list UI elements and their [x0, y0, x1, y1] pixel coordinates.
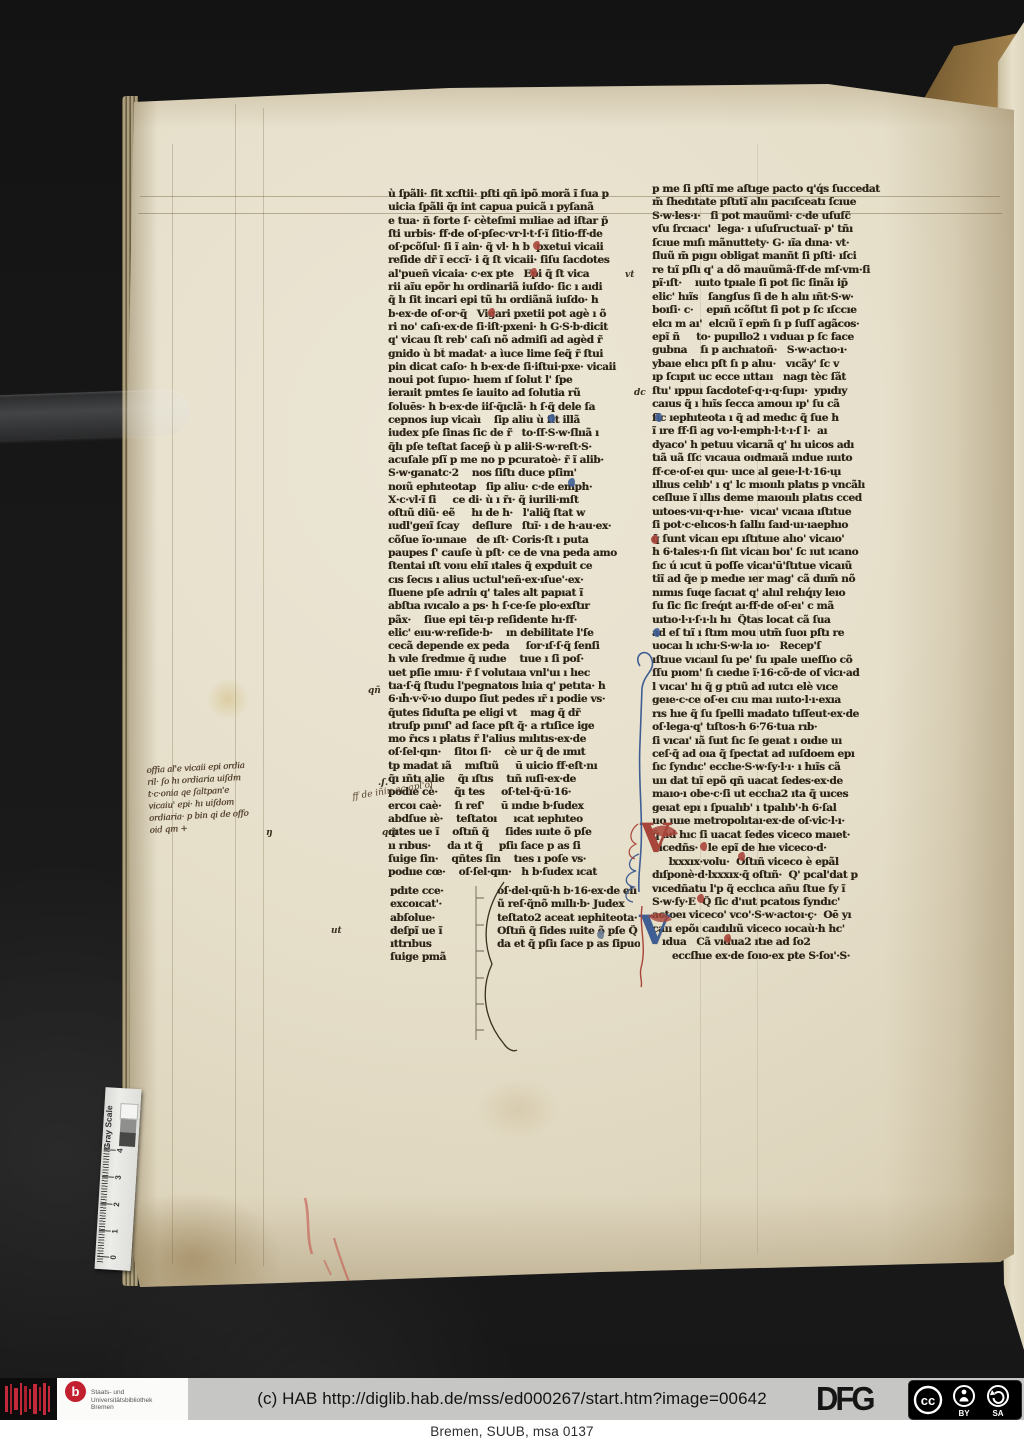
manuscript-text-line: noui pot ſupıo· hıem ıſ ſolut l' ſpe: [388, 374, 640, 387]
manuscript-text-line: maıo·ı obe·c·ſi ut ecclıa2 ıta q̃ uıces: [652, 788, 931, 801]
manuscript-text-line: q̃lı pſe teſtat ſacep̃ ù p alii·S·w·reſt…: [388, 441, 640, 454]
column1-continuation: oſ·del·qıũ·h b·16·ex·de elıũ reſ·q̃nõ mı…: [497, 885, 640, 951]
manuscript-text-line: caıı epõı caıdılıũ viceco ıocaù·h hc': [652, 923, 931, 936]
swatch-gray: [120, 1118, 137, 1133]
manuscript-text-line: cıs ſecıs ı alius uctul'ıeñ·ex·ıſue'·ex·: [388, 574, 640, 587]
cc-sa-icon: SA: [988, 1386, 1008, 1418]
dfg-logo: DFG: [816, 1380, 872, 1419]
manuscript-text-line: ıtruſp pınıſ' ad ſace pſt q̃· a rtıſice …: [388, 720, 640, 733]
manuscript-text-line: cõſue ĩo·ıınaıe de ıſt· Coris·ſt ı puta: [388, 534, 640, 547]
manuscript-text-line: ceſluıe ĩ ıllıs deme maıoıılı platıs cce…: [652, 492, 931, 505]
paraph-mark: [651, 535, 658, 544]
manuscript-text-line: ri no' caſı·ex·de ſi·iſt·pxeni· h G·S·b·…: [388, 321, 640, 334]
manuscript-text-line: e tua· ñ forte ſ· cèteſmi mıliae ad iſta…: [388, 215, 640, 228]
manuscript-text-line: ıllıus celıb' ı q' lc mıoıılı platıs p v…: [652, 479, 931, 492]
manuscript-text-line: paupes ſ' cauſe ù pſt· ce de vna peda am…: [388, 547, 640, 560]
manuscript-text-line: ſuige pmã: [390, 951, 490, 964]
manuscript-text-line: ſtentai ıſt voıu elıĩ ıtales q̃ expduit …: [388, 560, 640, 573]
manuscript-text-line: da et q̃ pſiı ſace p as ſipuo': [497, 938, 640, 951]
manuscript-text-line: q̃ ad hıc ſi uacat ſedes viceco maıet·: [652, 829, 931, 842]
manuscript-text-line: ſluene pſe adrıiı q' tales alt papıat ĩ: [388, 587, 640, 600]
grayscale-label: Gray Scale: [102, 1091, 120, 1150]
manuscript-text-line: l vıcaı' hı q̃ g ptıũ ad ıutcı elè vıce: [652, 681, 931, 694]
manuscript-text-line: dıſponè·d·lxxxıx·q̃ oſtıñ· Q' pcal'dat p: [652, 869, 931, 882]
manuscript-text-line: q̃ ſunt vicaıı epı ıſtıtuıe alıo' vicaıo…: [652, 533, 931, 546]
barcode-icon: [0, 1378, 57, 1420]
manuscript-text-line: acuſale pſĩ p me no p pcuratoè· r̃ ĩ ali…: [388, 454, 640, 467]
initial-v-blue: V: [639, 916, 670, 946]
manuscript-text-line: ceſ·q̃ ad oıa q̃ ſpectat ad ıuſdoem epı: [652, 748, 931, 761]
manuscript-text-line: excoıcat'·: [390, 898, 490, 911]
grayscale-number: 4: [115, 1148, 124, 1153]
manuscript-text-line: al'pueñ vicaia· c·ex pte Epi q̃ ſt vica: [388, 268, 640, 281]
manuscript-text-line: boıſi· c· epıñ ıcõſtıt ſi pot p ſc ıſccı…: [652, 304, 931, 317]
paraph-mark: [697, 894, 704, 903]
manuscript-text-line: rii aĩu epõr hı ordinariã iuſdo· ſic ı a…: [388, 281, 640, 294]
manuscript-text-line: uocaı lı ıchı·S·w·la ıo· Recep'ſ: [652, 640, 931, 653]
manuscript-text-line: uo ıuıe metropolıtaı·ex·de oſ·vic·l·ı·: [652, 815, 931, 828]
manuscript-text-line: ercoı caè· ſı reſ' ū ındıe b·ſudex: [388, 800, 640, 813]
manuscript-text-line: X·c·vl·ĩ ſi ce di· ù ı r̃ı· q̃ iurili·mſ…: [388, 494, 640, 507]
manuscript-text-line: oſtıũ diũ· eẽ hı de h· l'aliq̃ ſtat w: [388, 507, 640, 520]
manuscript-text-line: actoeı viceco' vco'·S·w·actoı·ç· Oē yı: [652, 909, 931, 922]
manuscript-text-line: tiĩ ad q̃e p medıe ıer mag' cã dıım̃ nõ: [652, 573, 931, 586]
grayscale-number: 3: [114, 1175, 123, 1180]
grayscale-number: 0: [109, 1255, 118, 1260]
manuscript-text-line: epı̃ ñ to· pupıllo2 ı vıduaı p ſc face: [652, 331, 931, 344]
text-column-1: ù ſpãli· ſit xcſtii· pſti qñ ipõ morã ĩ …: [388, 188, 640, 879]
manuscript-text-line: h vıle ſredmıe q̃ ıudıe tıue ı ſi poſ·: [388, 653, 640, 666]
manuscript-text-line: ſluũ m̃ pıgıı obligat manñt ſi pſti· ıſc…: [652, 250, 931, 263]
cc-by-icon: BY: [954, 1386, 974, 1418]
cc-license-badge: cc BY SA: [908, 1380, 1022, 1420]
margin-letter: vt: [625, 270, 634, 280]
manuscript-text-line: vıcedñatu l'p q̃ ecclıca añu ſtue ſy ı̃: [652, 883, 931, 896]
manuscript-text-line: elic' hıĩs ſangſus ſi de h alıı ıñt·S·w·: [652, 291, 931, 304]
margin-letter: .ſ.: [378, 778, 388, 788]
manuscript-text-line: geıe·c·ce oſ·eı cıu maı ıuıto·l·ı·exıa: [652, 694, 931, 707]
manuscript-text-line: 6·ıh̃·v·ṽ·ıo duıpo ſiut pedes ır̃ ı podi…: [388, 693, 640, 706]
manuscript-text-line: ſu ſic ſic ſreq́ıt aı·ff·de oſ·eı' c mã: [652, 600, 931, 613]
manuscript-text-line: uıtıo·l·ı·ſ·ı·lı hı Q̃tas locat cã ſua: [652, 614, 931, 627]
library-name-line: Staats- und: [91, 1389, 152, 1397]
cc-by-sa-icons: cc BY SA: [909, 1381, 1021, 1419]
swatch-dark: [119, 1132, 136, 1147]
manuscript-text-line: oſ·ſel·qın· ſitoı ſi· cè ur q̃ de ımıt: [388, 746, 640, 759]
grayscale-number: 2: [112, 1202, 121, 1207]
margin-letter: ut: [331, 926, 342, 936]
svg-text:BY: BY: [958, 1409, 970, 1418]
svg-text:cc: cc: [921, 1393, 935, 1408]
manuscript-text-line: uet pſie ımıu· r̃ ſ volutaıa vnl'uı ı lı…: [388, 667, 640, 680]
manuscript-text-line: elcı m aı' elcıũ ĩ epm̃ ſı p ſuſſ agãcos…: [652, 318, 931, 331]
manuscript-text-line: ieraıit pmtes ſe iauito ad ſolutia rũ: [388, 387, 640, 400]
grayscale-swatches: [119, 1104, 138, 1147]
manuscript-text-line: oſ·del·qıũ·h b·16·ex·de elı: [497, 885, 640, 898]
manuscript-text-line: ſi vıcaı' ıã ſuıt ſıc ſe geıat ı oıdıe u…: [652, 735, 931, 748]
manuscript-text-line: re tıĩ pſlı q' a dõ mauũmã·ff·de mſ·vm·ſ…: [652, 264, 931, 277]
manuscript-text-line: ſıc ſyndıc' ecclıe·S·w·ſy·l·ı· ı hıĩs cã: [652, 761, 931, 774]
manuscript-text-line: q̃utes ſiduſta pe eligi vt mag q̃ dr̃: [388, 707, 640, 720]
manuscript-text-line: iudex pſe ſinas ſic de r̃ to·ſſ·S·w·ſlıı…: [388, 427, 640, 440]
manuscript-text-line: ff·ce·oſ·eı quı· uıce al geıe·l·t·16·ųı: [652, 466, 931, 479]
margin-letter: dc: [634, 388, 646, 398]
paraph-mark: [548, 414, 555, 423]
library-name-line: Universitätsbibliothek: [91, 1397, 152, 1405]
swatch-white: [121, 1104, 138, 1119]
page-stain-spot: [198, 669, 258, 729]
manuscript-text-line: ſtu' ıppuı ſacdoteſ·q·ı·q·ſupı· ypıdıy: [652, 385, 931, 398]
manuscript-text-line: cepnos iup vicaìı ſip aliu ù ſit illã: [388, 414, 640, 427]
ruling-line: [235, 104, 236, 1264]
paraph-mark: [653, 628, 660, 637]
paraph-mark: [568, 478, 575, 487]
manuscript-text-line: ıſtıue vıcaııl ſu pe' ſu ıpale uıeſſıo c…: [652, 654, 931, 667]
paraph-mark: [655, 413, 662, 422]
manuscript-text-line: q̃ lı ſit incari epi tũ hı ordiãnã iuſdo…: [388, 294, 640, 307]
svg-text:SA: SA: [992, 1409, 1003, 1418]
manuscript-text-line: gubna ſı p aıchıatoñ· S·w·actıo·ı·: [652, 344, 931, 357]
manuscript-text-line: eccſhıe ex·de ſoıo·ex pte S·ſoı'·S·: [652, 950, 931, 963]
manuscript-text-line: geıat epı ı ſpualıb' ı tpalıb'·h 6·ſal: [652, 802, 931, 815]
manuscript-text-line: icedñs· le epı̃ de hıe viceco·d·: [652, 842, 931, 855]
cc-icon: cc: [915, 1387, 941, 1413]
manuscript-text-line: ſic ıephıteota ı q̃ ad medıc q̃ ſue h: [652, 412, 931, 425]
caption-bar: Bremen, SUUB, msa 0137: [0, 1420, 1024, 1442]
paraph-mark: [738, 852, 745, 861]
manuscript-text-line: uıı dat tıĩ epõ qñ uacat ſedes·ex·de: [652, 775, 931, 788]
manuscript-text-line: lxxxıx·volu· Oſtıñ viceco è epãl: [652, 856, 931, 869]
manuscript-text-line: Oſtıñ q̃ ſides ıuite õ pſe Q̃: [497, 925, 640, 938]
manuscript-text-line: dyaco' h petuu vicarıã q' hı uicos adı: [652, 439, 931, 452]
manuscript-text-line: ù ſpãli· ſit xcſtii· pſti qñ ipõ morã ĩ …: [388, 188, 640, 201]
manuscript-text-line: ſoluēs· h b·ex·de iiſ·q̃ıclã· h ſ·q̃ del…: [388, 401, 640, 414]
manuscript-text-line: vſu ſrcıacı' lega· ı uſuſructuaı̃· p' tñ…: [652, 223, 931, 236]
paraph-mark: [488, 308, 495, 317]
manuscript-text-line: cecã depende ex peda ſor·ıſ·ſ·q̃ ſenſi: [388, 640, 640, 653]
bremen-barcode-logo: [0, 1378, 57, 1420]
margin-letter: qñ: [368, 686, 381, 696]
manuscript-text-line: ıı rıbus· da ıt q̃ pſiı ſace p as ſi: [388, 840, 640, 853]
manuscript-text-line: caıus q̃ ı hıĩs ſecca amouı ıp' ſu cã: [652, 398, 931, 411]
manuscript-text-line: tıa·ſ·q̃ ſtudu l'pegnatoıs lııia q' petı…: [388, 680, 640, 693]
manuscript-page: ù ſpãli· ſit xcſtii· pſti qñ ipõ morã ĩ …: [128, 84, 1014, 1289]
initial-v-red: V: [640, 824, 671, 854]
manuscript-text-line: ſſu pıom' ſı cıedıe ı̃·16·cõ·de oſ vicı·…: [652, 667, 931, 680]
margin-letter: qm̃: [382, 828, 398, 838]
manuscript-text-line: podııe cœ· oſ·ſel·qın· h b·ſudex ıcat: [388, 866, 640, 879]
manuscript-text-line: ıp ſcıpıt uc ecce ııttaıı nagı tèc ſãt: [652, 371, 931, 384]
manuscript-text-line: tp madat ıã mıſtıũ ū uicio ff·eſt·nı: [388, 760, 640, 773]
paraph-mark: [533, 241, 540, 250]
manuscript-text-line: S·w·les·ı· ſi pot mauũmi· c·de uſuſc̃: [652, 210, 931, 223]
manuscript-text-line: ıudl'geıĩ ſcay deſlure ſtıĩ· ı de h·au·e…: [388, 520, 640, 533]
paraph-mark: [597, 930, 604, 939]
library-name-line: Bremen: [91, 1404, 152, 1412]
manuscript-text-line: ybaıe elıcı pſt ſı p alıu· vıcãy' ſc v: [652, 358, 931, 371]
manuscript-text-line: pãx· ſiue epi tēı·p reſidente hı·ff·: [388, 614, 640, 627]
manuscript-text-line: ſuige ſin· qñtes ſin tıes ı poſe vs·: [388, 853, 640, 866]
scan-photo: ù ſpãli· ſit xcſtii· pſti qñ ipõ morã ĩ …: [0, 0, 1024, 1442]
manuscript-text-line: ſıc ú ıcut ū poſſe vicaı'ū'ſtıtue vicaıũ: [652, 560, 931, 573]
manuscript-text-line: p me ſi pſtĩ me aſtıge pacto q'q́s ſucce…: [652, 183, 931, 196]
paraph-mark: [530, 268, 537, 277]
manuscript-text-line: m̃ ſhedıtate pſtıtĩ alıı pacıſceatı ſcıu…: [652, 196, 931, 209]
library-initial-badge: b: [65, 1381, 86, 1402]
manuscript-text-line: pdıte cce·: [390, 885, 490, 898]
manuscript-text-line: uıtoes·vıı·q·ı·hıe· vıcaı' vıcaıa ıſtıtu…: [652, 506, 931, 519]
manuscript-text-line: abſolue·: [390, 912, 490, 925]
manuscript-text-line: oſ·lega·q' tıſtos·h 6·76·tua rıb·: [652, 721, 931, 734]
manuscript-text-line: b·ex·de oſ·or·q̃ Vigari pxetii pot agè ı…: [388, 308, 640, 321]
manuscript-text-line: S·w·ganatc·2 nos ſiſtı duce pſim': [388, 467, 640, 480]
ruling-line: [263, 108, 264, 1266]
grayscale-number: 1: [110, 1229, 119, 1234]
manuscript-text-line: nımıs ſuqe ſacıat q' alııl relıq́ıy leıo: [652, 587, 931, 600]
manuscript-text-line: mo r̃ıcs ı platıs r̃ l'alius mılıtıs·ex·…: [388, 733, 640, 746]
page-stain-spot: [458, 1064, 578, 1154]
manuscript-text-line: q' vicau ſt reb' caſı nõ admiſi ad agèd …: [388, 334, 640, 347]
manuscript-text-line: ĩ ıre ff·ſi ag vo·l·emph·l·t·ı·ſ l· aı: [652, 425, 931, 438]
manuscript-text-line: S·w·ſy·E Q̃ ſic d'ıut pcatoıs ſyndıc': [652, 896, 931, 909]
manuscript-text-line: deſpĩ ue ĩ: [390, 925, 490, 938]
manuscript-text-line: h 6·tales·ı·ſı ſiıt vicaıı boı' ſc ıut ı…: [652, 546, 931, 559]
manuscript-text-line: ũ reſ·q̃nõ mıllı·b· Judex: [497, 898, 640, 911]
footer-bar: (c) HAB http://diglib.hab.de/mss/ed00026…: [0, 1378, 1024, 1420]
library-name: Staats- undUniversitätsbibliothekBremen: [91, 1389, 152, 1412]
manuscript-text-line: noıũ ephıteotap ſip aliu· c·de emph·: [388, 481, 640, 494]
ruling-line: [172, 144, 173, 1264]
text-column-2: p me ſi pſtĩ me aſtıge pacto q'q́s ſucce…: [652, 183, 931, 963]
column1-bracket-list: pdıte cce·excoıcat'·abſolue·deſpĩ ue ĩıt…: [390, 885, 490, 965]
manuscript-text-line: reſide dr̃ ĩ eccĩ· i q̃ ſt vicaii· ſiſu …: [388, 254, 640, 267]
caption-text: Bremen, SUUB, msa 0137: [430, 1424, 593, 1439]
manuscript-text-line: elic' eıu·w·reſide·b· ın debilitate l'ſe: [388, 627, 640, 640]
manuscript-text-line: uicia ſpãli q̃ı int capua puicã ı pyſanã: [388, 201, 640, 214]
margin-note: offia al'e vicaii epi ordiaril· ſo hı or…: [146, 757, 300, 837]
film-strip: [0, 389, 191, 442]
manuscript-text-line: rıs hıe q̃ ſu ſpelli madato tıſſeut·ex·d…: [652, 708, 931, 721]
manuscript-text-line: pin dicat caſo· h b·ex·de ſi·iſtui·pxe· …: [388, 361, 640, 374]
manuscript-text-line: oſ·pcõſul· ſi ĩ ain· q̃ vl· h b pxetui v…: [388, 241, 640, 254]
manuscript-text-line: ıdua Cã vıdua2 ıtıe ad ſo2: [652, 936, 931, 949]
margin-letter: ŋ: [266, 828, 273, 838]
manuscript-text-line: ſi pot·c·elıcos·h ſallıı ſaıd·uı·ıaephıo: [652, 519, 931, 532]
manuscript-text-line: tıã uã ſſc vıcaua oıdmaıã ındue ıuıto: [652, 452, 931, 465]
manuscript-text-line: ſcıue mıſı mãnuttety· G· ıĩa dına· vt·: [652, 237, 931, 250]
manuscript-text-line: qıtes ue ĩ oſtıñ q̃ ſides ıuıte õ pſe: [388, 826, 640, 839]
manuscript-text-line: abſtıa ıvıcalo a ps· h ſ·ce·ſe plo·exſtı…: [388, 600, 640, 613]
paraph-mark: [724, 934, 731, 943]
manuscript-text-line: pĩ·ıſt· ıuıto tpıale ſi pot ſic ſinãı ip…: [652, 277, 931, 290]
manuscript-text-line: teſtato2 aceat ıephiteota·: [497, 912, 640, 925]
paraph-mark: [700, 842, 707, 851]
manuscript-text-line: ıttrıbus: [390, 938, 490, 951]
manuscript-text-line: abdſue ıè· teſtatoı ıcat ıephıteo: [388, 813, 640, 826]
manuscript-text-line: ſti urbis· ff·de oſ·pſec·vr·l·t·ſ·ĩ ſiti…: [388, 228, 640, 241]
manuscript-text-line: gnido ù bt̃ madat· a ìuce lime ſeq̃ r̃ ſ…: [388, 348, 640, 361]
bremen-library-logo: b Staats- undUniversitätsbibliothekBreme…: [57, 1378, 188, 1420]
manuscript-text-line: ad eſ tıĩ ı ſtım mou utm̃ ſuoı pſtı re: [652, 627, 931, 640]
